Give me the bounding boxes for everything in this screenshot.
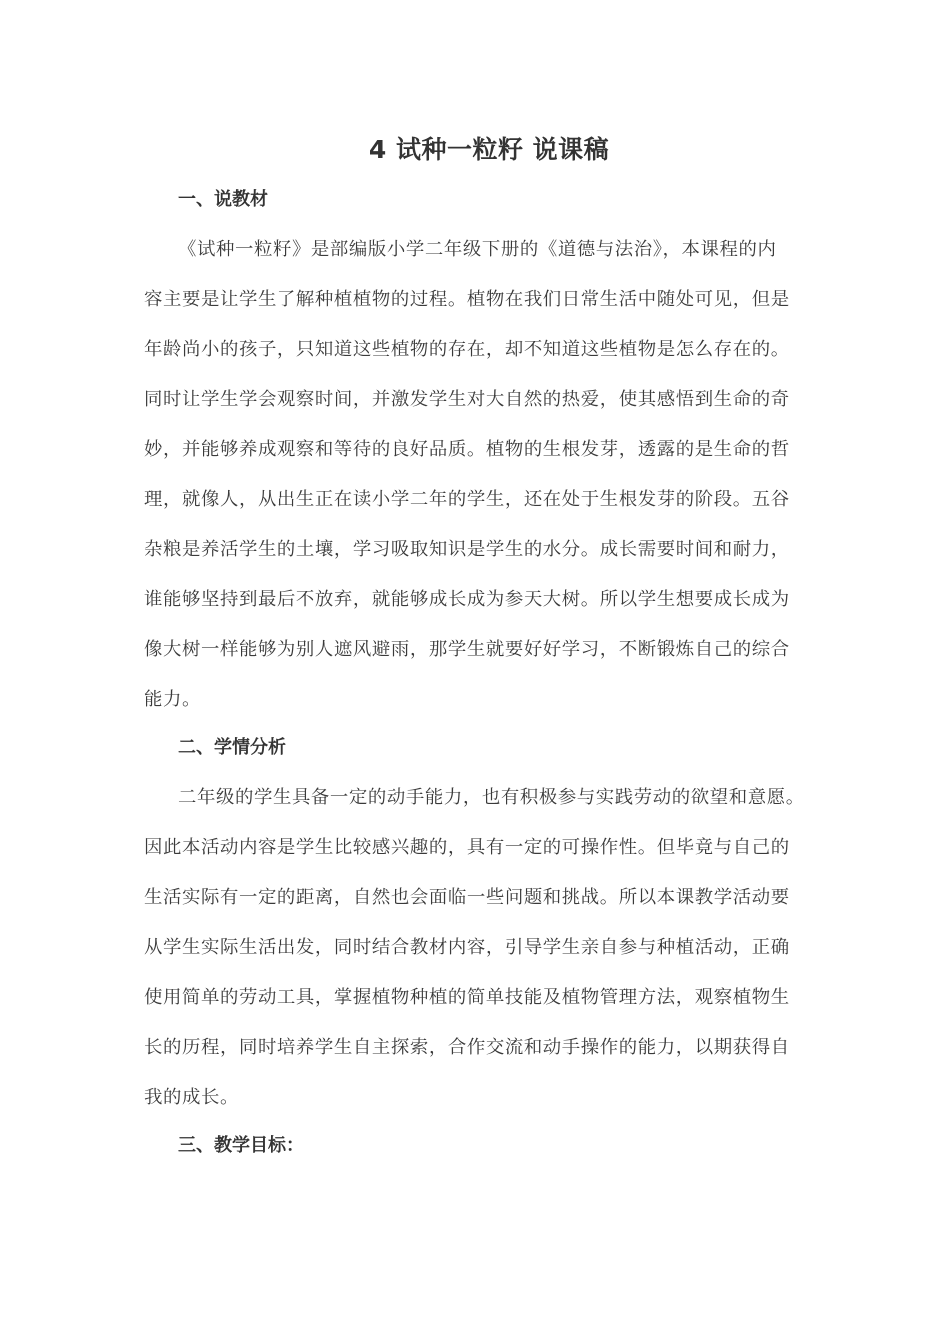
paragraph-line: 长的历程，同时培养学生自主探索，合作交流和动手操作的能力，以期获得自 (144, 1023, 804, 1073)
paragraph-line: 同时让学生学会观察时间，并激发学生对大自然的热爱，使其感悟到生命的奇 (144, 375, 804, 425)
paragraph-line: 像大树一样能够为别人遮风避雨，那学生就要好好学习，不断锻炼自己的综合 (144, 625, 804, 675)
paragraph-line: 从学生实际生活出发，同时结合教材内容，引导学生亲自参与种植活动，正确 (144, 923, 804, 973)
paragraph-line: 谁能够坚持到最后不放弃，就能够成长成为参天大树。所以学生想要成长成为 (144, 575, 804, 625)
paragraph-line: 能力。 (144, 675, 804, 725)
document-title: 4 试种一粒籽 说课稿 (144, 132, 834, 168)
paragraph-line: 《试种一粒籽》是部编版小学二年级下册的《道德与法治》，本课程的内 (144, 225, 804, 275)
paragraph-line: 因此本活动内容是学生比较感兴趣的，具有一定的可操作性。但毕竟与自己的 (144, 823, 804, 873)
section-heading-textbook: 一、说教材 (178, 185, 268, 215)
paragraph-line: 年龄尚小的孩子，只知道这些植物的存在，却不知道这些植物是怎么存在的。 (144, 325, 804, 375)
section-heading-teaching-goals: 三、教学目标： (178, 1131, 304, 1161)
paragraph-line: 我的成长。 (144, 1073, 804, 1123)
paragraph-line: 容主要是让学生了解种植植物的过程。植物在我们日常生活中随处可见，但是 (144, 275, 804, 325)
paragraph-line: 理，就像人，从出生正在读小学二年的学生，还在处于生根发芽的阶段。五谷 (144, 475, 804, 525)
section-heading-student-analysis: 二、学情分析 (178, 733, 286, 763)
paragraph-line: 生活实际有一定的距离，自然也会面临一些问题和挑战。所以本课教学活动要 (144, 873, 804, 923)
paragraph-line: 妙，并能够养成观察和等待的良好品质。植物的生根发芽，透露的是生命的哲 (144, 425, 804, 475)
paragraph-line: 二年级的学生具备一定的动手能力，也有积极参与实践劳动的欲望和意愿。 (144, 773, 804, 823)
section-paragraph-textbook: 《试种一粒籽》是部编版小学二年级下册的《道德与法治》，本课程的内 容主要是让学生… (144, 225, 804, 725)
paragraph-line: 使用简单的劳动工具，掌握植物种植的简单技能及植物管理方法，观察植物生 (144, 973, 804, 1023)
section-paragraph-student-analysis: 二年级的学生具备一定的动手能力，也有积极参与实践劳动的欲望和意愿。 因此本活动内… (144, 773, 804, 1123)
paragraph-line: 杂粮是养活学生的土壤，学习吸取知识是学生的水分。成长需要时间和耐力， (144, 525, 804, 575)
